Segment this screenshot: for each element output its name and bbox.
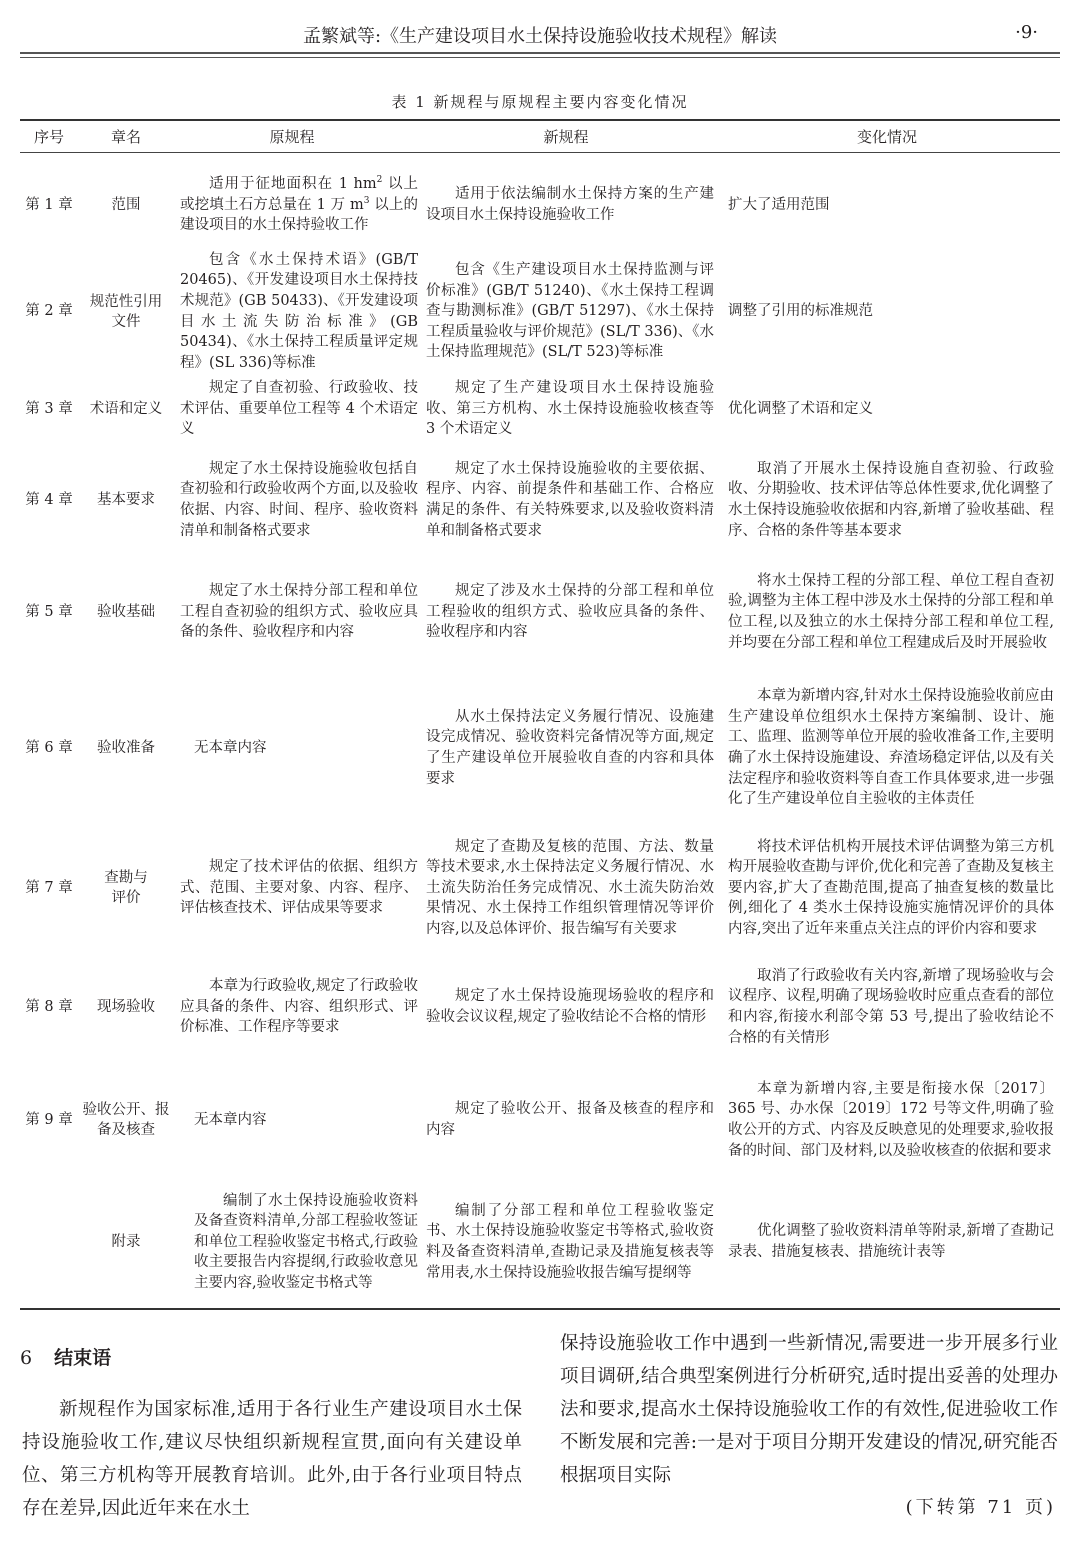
chapter-name: 验收准备 [78,738,174,758]
old-spec-cell: 本章为行政验收,规定了行政验收应具备的条件、内容、组织形式、评价标准、工作程序等… [174,976,418,1038]
chapter-name: 范围 [78,195,174,215]
comparison-table: 序号 章名 原规程 新规程 变化情况 第 1 章 范围 适用于征地面积在 1 h… [20,119,1060,153]
table-row: 第 7 章 查勘与评价 规定了技术评估的依据、组织方式、范围、主要对象、内容、程… [20,825,1060,951]
new-spec-cell: 包含《生产建设项目水土保持监测与评价标准》(GB/T 51240)、《水土保持工… [418,260,714,363]
table-header-row: 序号 章名 原规程 新规程 变化情况 [20,121,1060,153]
chapter-number: 第 5 章 [20,602,78,623]
table-caption: 表 1 新规程与原规程主要内容变化情况 [0,91,1080,112]
new-spec-cell: 规定了涉及水土保持的分部工程和单位工程验收的组织方式、验收应具备的条件、验收程序… [418,581,714,643]
new-spec-cell: 规定了生产建设项目水土保持设施验收、第三方机构、水土保持设施验收核查等 3 个术… [418,378,714,440]
change-cell: 取消了开展水土保持设施自查初验、行政验收、分期验收、技术评估等总体性要求,优化调… [714,459,1060,541]
running-header: 孟繁斌等:《生产建设项目水土保持设施验收技术规程》解读 ·9· [20,14,1060,54]
page-number: ·9· [1015,22,1038,43]
column-header-number: 序号 [20,126,78,147]
table-row: 第 3 章 术语和定义 规定了自查初验、行政验收、技术评估、重要单位工程等 4 … [20,377,1060,441]
chapter-number: 第 7 章 [20,878,78,899]
body-paragraph-left: 新规程作为国家标准,适用于各行业生产建设项目水土保持设施验收工作,建议尽快组织新… [22,1393,522,1525]
chapter-number: 第 2 章 [20,301,78,322]
section-number: 6 [20,1347,32,1369]
column-header-new: 新规程 [418,126,714,147]
chapter-number: 第 4 章 [20,490,78,511]
chapter-name: 规范性引用文件 [78,292,174,332]
new-spec-cell: 适用于依法编制水土保持方案的生产建设项目水土保持设施验收工作 [418,184,714,225]
new-spec-cell: 规定了水土保持设施验收的主要依据、程序、内容、前提条件和基础工作、合格应满足的条… [418,459,714,541]
new-spec-cell: 规定了查勘及复核的范围、方法、数量等技术要求,水土保持法定义务履行情况、水土流失… [418,837,714,940]
table-row: 第 2 章 规范性引用文件 包含《水土保持术语》(GB/T 20465)、《开发… [20,249,1060,374]
chapter-number: 第 3 章 [20,399,78,420]
change-cell: 优化调整了术语和定义 [714,399,1060,420]
column-header-old: 原规程 [174,126,418,147]
old-spec-cell: 无本章内容 [174,1110,418,1131]
old-spec-cell: 规定了自查初验、行政验收、技术评估、重要单位工程等 4 个术语定义 [174,378,418,440]
old-spec-cell: 规定了技术评估的依据、组织方式、范围、主要对象、内容、程序、评估核查技术、评估成… [174,857,418,919]
change-cell: 本章为新增内容,主要是衔接水保〔2017〕365 号、办水保〔2019〕172 … [714,1079,1060,1161]
table-row: 第 1 章 范围 适用于征地面积在 1 hm2 以上或挖填土石方总量在 1 万 … [20,163,1060,247]
chapter-name: 术语和定义 [78,399,174,419]
old-spec-cell: 规定了水土保持分部工程和单位工程自查初验的组织方式、验收应具备的条件、验收程序和… [174,581,418,643]
chapter-name: 查勘与评价 [78,868,174,908]
old-spec-cell: 包含《水土保持术语》(GB/T 20465)、《开发建设项目水土保持技术规范》(… [174,250,418,374]
running-title: 孟繁斌等:《生产建设项目水土保持设施验收技术规程》解读 [20,22,1060,48]
change-cell: 本章为新增内容,针对水土保持设施验收前应由生产建设单位组织水土保持方案编制、设计… [714,686,1060,810]
chapter-name: 验收公开、报备及核查 [78,1100,174,1140]
column-header-change: 变化情况 [714,126,1060,147]
new-spec-cell: 规定了验收公开、报备及核查的程序和内容 [418,1099,714,1140]
old-spec-cell: 规定了水土保持设施验收包括自查初验和行政验收两个方面,以及验收依据、内容、时间、… [174,459,418,541]
header-rule [20,52,1060,58]
chapter-name: 现场验收 [78,997,174,1017]
table-row: 第 6 章 验收准备 无本章内容 从水土保持法定义务履行情况、设施建设完成情况、… [20,675,1060,821]
chapter-name: 附录 [78,1232,174,1252]
chapter-name: 验收基础 [78,602,174,622]
change-cell: 调整了引用的标准规范 [714,301,1060,322]
table-row: 第 9 章 验收公开、报备及核查 无本章内容 规定了验收公开、报备及核查的程序和… [20,1067,1060,1173]
chapter-number: 第 8 章 [20,997,78,1018]
change-cell: 将技术评估机构开展技术评估调整为第三方机构开展验收查勘与评价,优化和完善了查勘及… [714,837,1060,940]
old-spec-cell: 无本章内容 [174,738,418,759]
continued-note: (下转第 71 页) [906,1493,1056,1519]
new-spec-cell: 规定了水土保持设施现场验收的程序和验收会议议程,规定了验收结论不合格的情形 [418,986,714,1027]
change-cell: 将水土保持工程的分部工程、单位工程自查初验,调整为主体工程中涉及水土保持的分部工… [714,571,1060,653]
table-row: 第 5 章 验收基础 规定了水土保持分部工程和单位工程自查初验的组织方式、验收应… [20,559,1060,665]
table-bottom-rule [20,1308,1060,1310]
change-cell: 扩大了适用范围 [714,195,1060,216]
table-row: 第 4 章 基本要求 规定了水土保持设施验收包括自查初验和行政验收两个方面,以及… [20,457,1060,543]
section-title: 结束语 [54,1347,111,1369]
column-header-chapter: 章名 [78,127,174,147]
table-row: 第 8 章 现场验收 本章为行政验收,规定了行政验收应具备的条件、内容、组织形式… [20,965,1060,1049]
section-heading: 6结束语 [20,1343,111,1370]
chapter-name: 基本要求 [78,490,174,510]
change-cell: 优化调整了验收资料清单等附录,新增了查勘记录表、措施复核表、措施统计表等 [714,1221,1060,1262]
old-spec-cell: 适用于征地面积在 1 hm2 以上或挖填土石方总量在 1 万 m3 以上的建设项… [174,174,418,236]
chapter-number: 第 6 章 [20,738,78,759]
chapter-number: 第 9 章 [20,1110,78,1131]
body-paragraph-right: 保持设施验收工作中遇到一些新情况,需要进一步开展多行业项目调研,结合典型案例进行… [560,1327,1058,1492]
table-row: 附录 编制了水土保持设施验收资料及备查资料清单,分部工程验收签证和单位工程验收鉴… [20,1179,1060,1305]
change-cell: 取消了行政验收有关内容,新增了现场验收与会议程序、议程,明确了现场验收时应重点查… [714,966,1060,1048]
new-spec-cell: 从水土保持法定义务履行情况、设施建设完成情况、验收资料完备情况等方面,规定了生产… [418,707,714,789]
old-spec-cell: 编制了水土保持设施验收资料及备查资料清单,分部工程验收签证和单位工程验收鉴定书格… [174,1191,418,1294]
chapter-number: 第 1 章 [20,195,78,216]
new-spec-cell: 编制了分部工程和单位工程验收鉴定书、水土保持设施验收鉴定书等格式,验收资料及备查… [418,1201,714,1283]
